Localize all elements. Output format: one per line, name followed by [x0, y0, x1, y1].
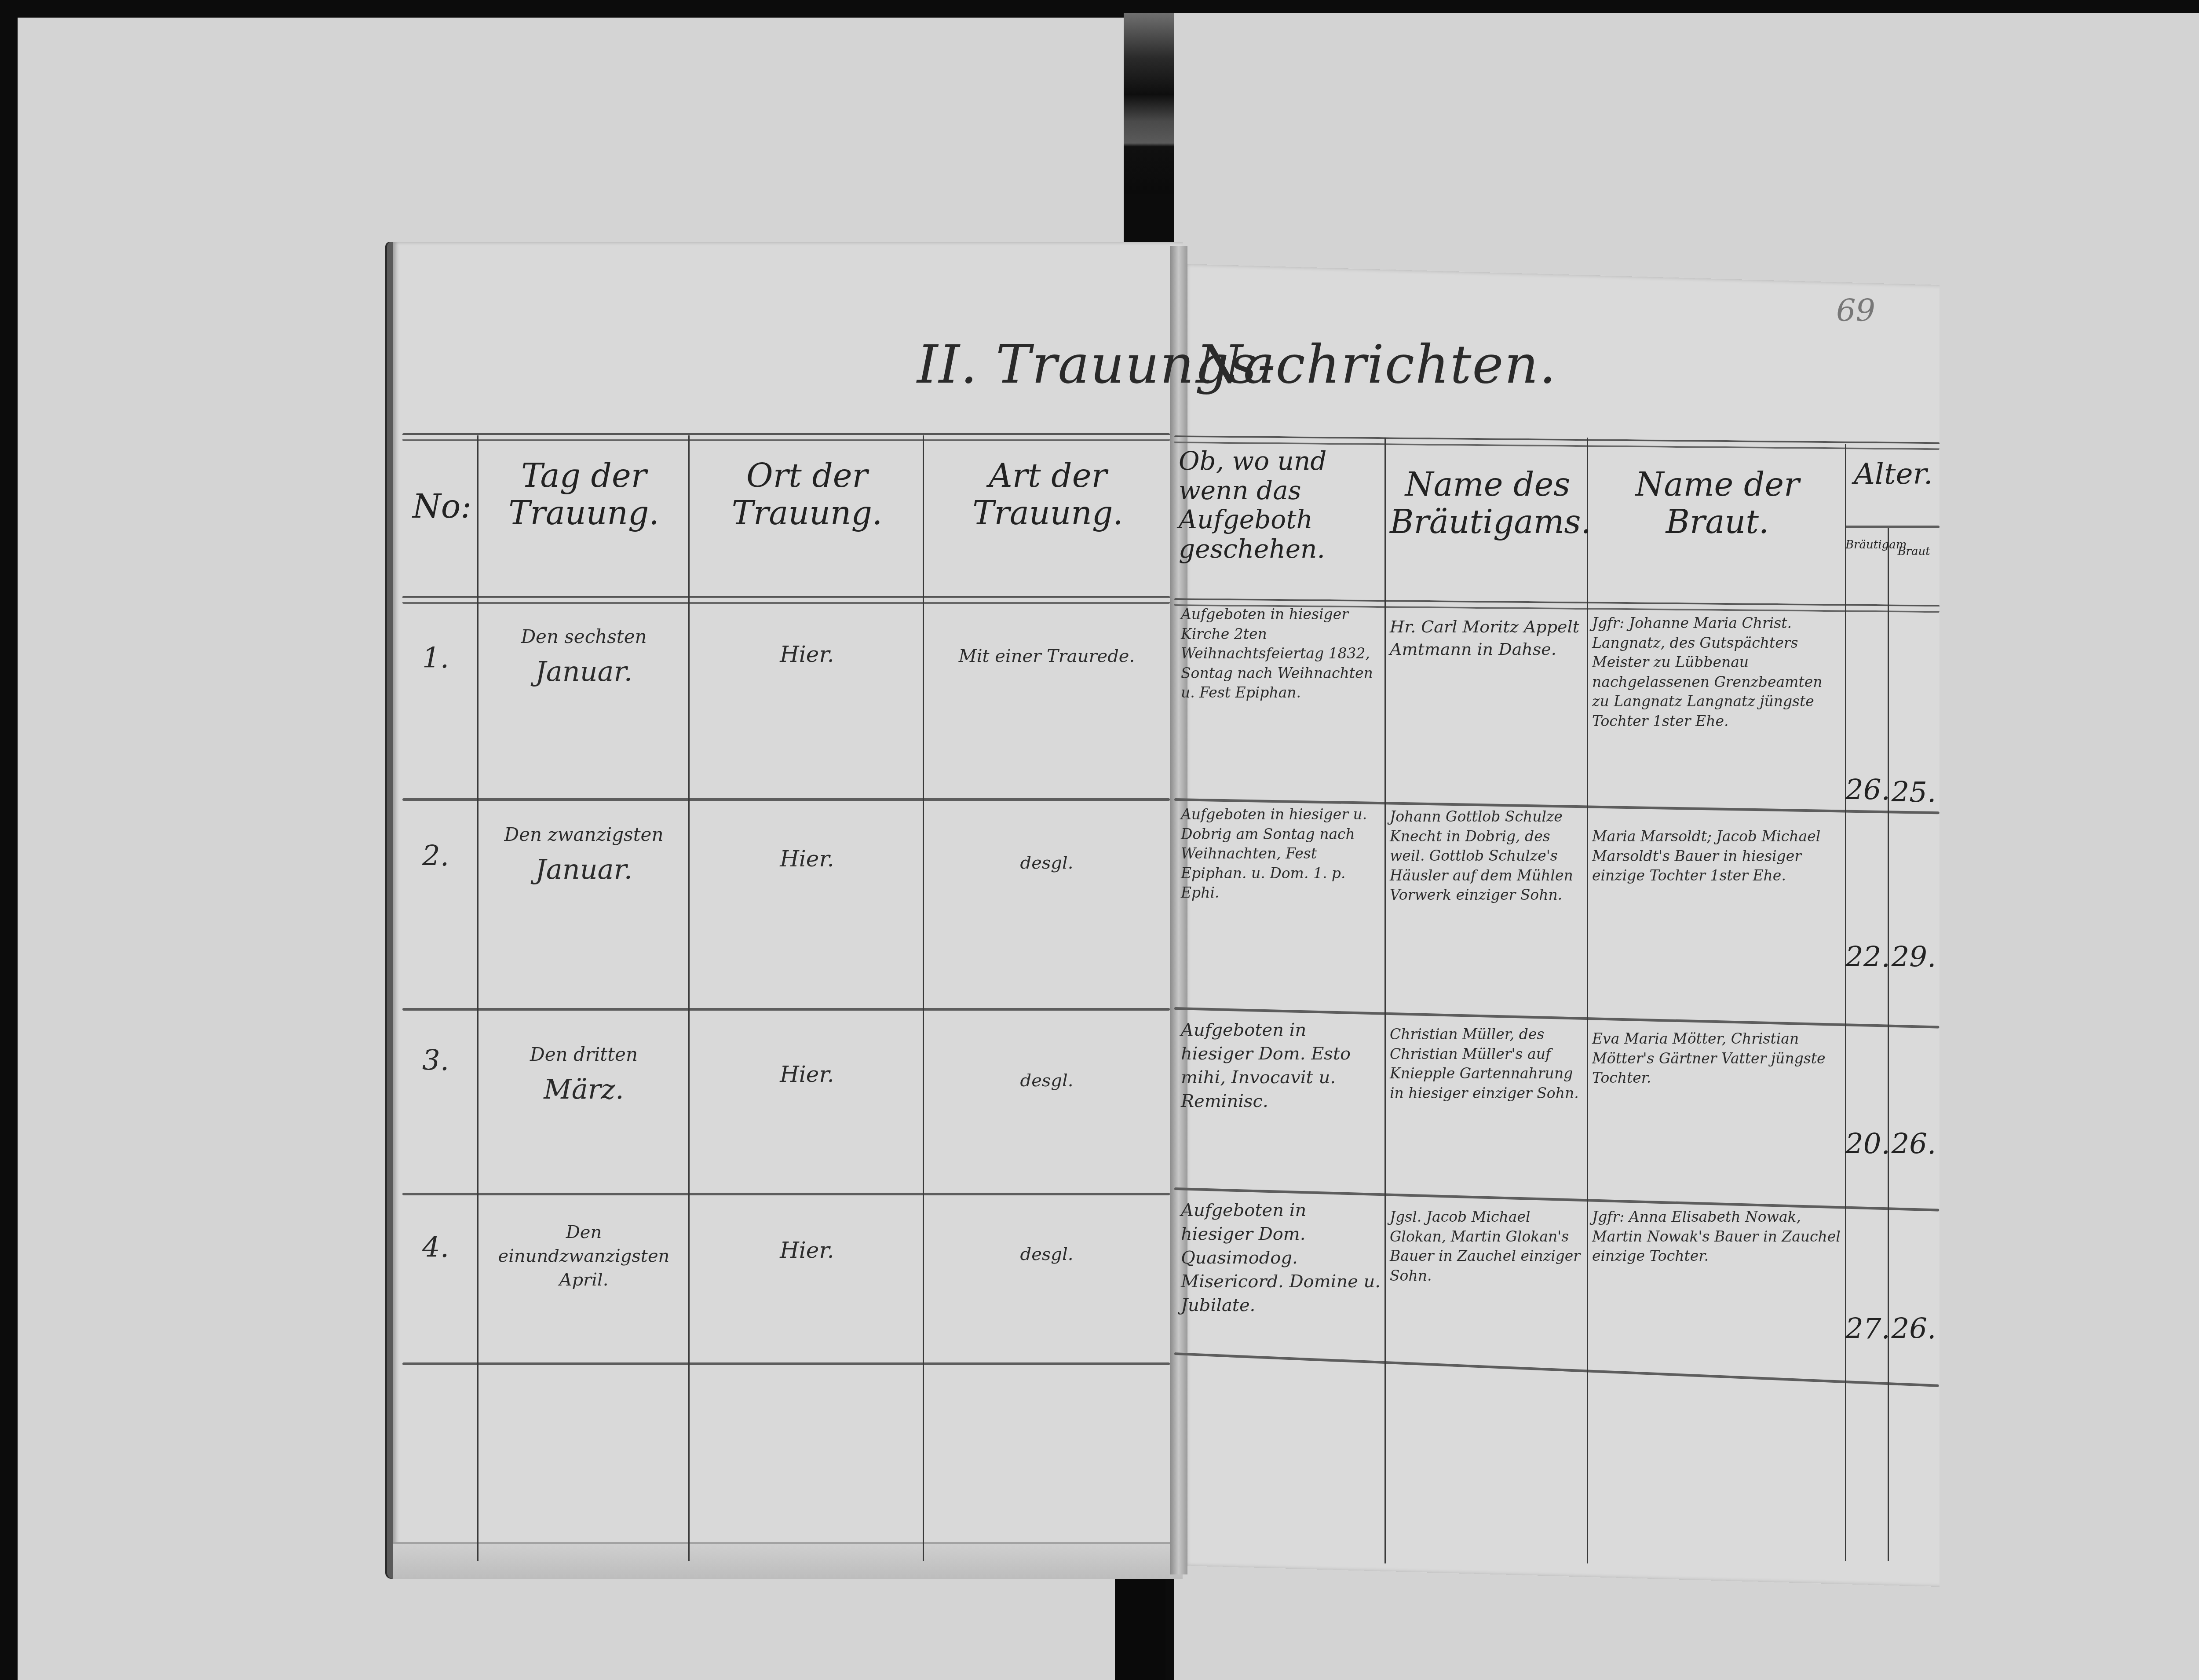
col-rule-banns — [1384, 438, 1386, 1563]
rule-header-bottom-left — [402, 596, 1170, 604]
entry-4-month: April. — [559, 1270, 609, 1290]
entry-3-banns: Aufgeboten in hiesiger Dom. Esto mihi, I… — [1181, 1018, 1381, 1113]
page-edge-bottom — [393, 1542, 1183, 1579]
entry-2-no: 2. — [422, 840, 449, 873]
entry-3-kind: desgl. — [926, 1069, 1168, 1092]
entry-2-month: Januar. — [482, 851, 686, 888]
entry-2-age-bride: 29. — [1889, 941, 1939, 974]
entry-3-groom: Christian Müller, des Christian Müller's… — [1390, 1025, 1583, 1103]
entry-4-no: 4. — [422, 1231, 449, 1264]
header-place: Ort der Trauung. — [693, 457, 921, 532]
entry-2-groom: Johann Gottlob Schulze Knecht in Dobrig,… — [1390, 807, 1583, 905]
entry-1-age-groom: 26. — [1845, 774, 1887, 807]
entry-1-banns: Aufgeboten in hiesiger Kirche 2ten Weihn… — [1181, 605, 1381, 703]
rule-age-subheader — [1845, 526, 1940, 528]
entry-2-kind: desgl. — [926, 851, 1168, 875]
header-age: Alter. — [1847, 457, 1940, 491]
page-number: 69 — [1836, 292, 1875, 329]
header-groom: Name des Bräutigams. — [1390, 466, 1585, 541]
rule-row1-left — [402, 798, 1170, 801]
entry-2-day: Den zwanzigsten Januar. — [482, 822, 686, 887]
entry-2-day-text: Den zwanzigsten — [504, 824, 664, 845]
col-rule-day — [688, 435, 690, 1561]
entry-3-place: Hier. — [693, 1060, 921, 1090]
scanner-gap-top — [1124, 13, 1174, 194]
header-kind: Art der Trauung. — [928, 457, 1168, 532]
title-right: Nachrichten. — [1196, 334, 1557, 395]
col-rule-age-split — [1888, 528, 1889, 1561]
entry-2-place: Hier. — [693, 844, 921, 874]
entry-1-day: Den sechsten Januar. — [482, 625, 686, 690]
entry-1-place: Hier. — [693, 640, 921, 670]
rule-row3-left — [402, 1193, 1170, 1195]
entry-1-groom: Hr. Carl Moritz Appelt Amtmann in Dahse. — [1390, 616, 1583, 661]
col-rule-no — [477, 435, 479, 1561]
entry-4-day-text: Den einundzwanzigsten — [498, 1222, 670, 1266]
entry-3-bride: Eva Maria Mötter, Christian Mötter's Gär… — [1592, 1029, 1843, 1088]
entry-1-bride: Jgfr: Johanne Maria Christ. Langnatz, de… — [1592, 614, 1843, 731]
header-bride: Name der Braut. — [1592, 466, 1843, 541]
entry-2-banns: Aufgeboten in hiesiger u. Dobrig am Sont… — [1181, 805, 1381, 903]
entry-3-day-text: Den dritten — [530, 1044, 638, 1065]
rule-row2-left — [402, 1008, 1170, 1011]
entry-3-age-bride: 26. — [1889, 1128, 1939, 1161]
entry-1-day-text: Den sechsten — [521, 626, 647, 647]
header-banns: Ob, wo und wenn das Aufgeboth geschehen. — [1179, 446, 1383, 564]
col-rule-groom — [1587, 438, 1588, 1563]
entry-4-kind: desgl. — [926, 1242, 1168, 1266]
col-rule-place — [923, 435, 924, 1561]
entry-4-bride: Jgfr: Anna Elisabeth Nowak, Martin Nowak… — [1592, 1207, 1843, 1266]
entry-4-groom: Jgsl. Jacob Michael Glokan, Martin Gloka… — [1390, 1207, 1583, 1286]
entry-4-day: Den einundzwanzigsten April. — [482, 1220, 686, 1292]
scanner-gap-bottom — [1115, 1574, 1165, 1680]
entry-1-age-bride: 25. — [1889, 776, 1939, 809]
book-gutter — [1170, 246, 1187, 1574]
entry-3-day: Den dritten März. — [482, 1042, 686, 1107]
entry-3-no: 3. — [422, 1045, 449, 1077]
header-age-groom: Bräutigam — [1845, 539, 1887, 552]
entry-3-month: März. — [482, 1071, 686, 1108]
header-day: Tag der Trauung. — [482, 457, 686, 532]
rule-header-top-left — [402, 433, 1170, 441]
left-page — [387, 242, 1183, 1579]
entry-4-age-bride: 26. — [1889, 1313, 1939, 1345]
entry-2-bride: Maria Marsoldt; Jacob Michael Marsoldt's… — [1592, 827, 1843, 886]
entry-1-no: 1. — [422, 642, 449, 675]
entry-4-place: Hier. — [693, 1236, 921, 1266]
rule-row4-left — [402, 1362, 1170, 1365]
col-rule-bride — [1845, 444, 1846, 1561]
entry-4-banns: Aufgeboten in hiesiger Dom. Quasimodog. … — [1181, 1198, 1381, 1317]
header-no: No: — [407, 488, 477, 526]
entry-1-month: Januar. — [482, 653, 686, 690]
entry-2-age-groom: 22. — [1845, 941, 1887, 974]
entry-1-kind: Mit einer Traurede. — [926, 644, 1168, 668]
header-age-bride: Braut — [1889, 545, 1939, 559]
entry-4-age-groom: 27. — [1845, 1313, 1887, 1345]
entry-3-age-groom: 20. — [1845, 1128, 1887, 1161]
